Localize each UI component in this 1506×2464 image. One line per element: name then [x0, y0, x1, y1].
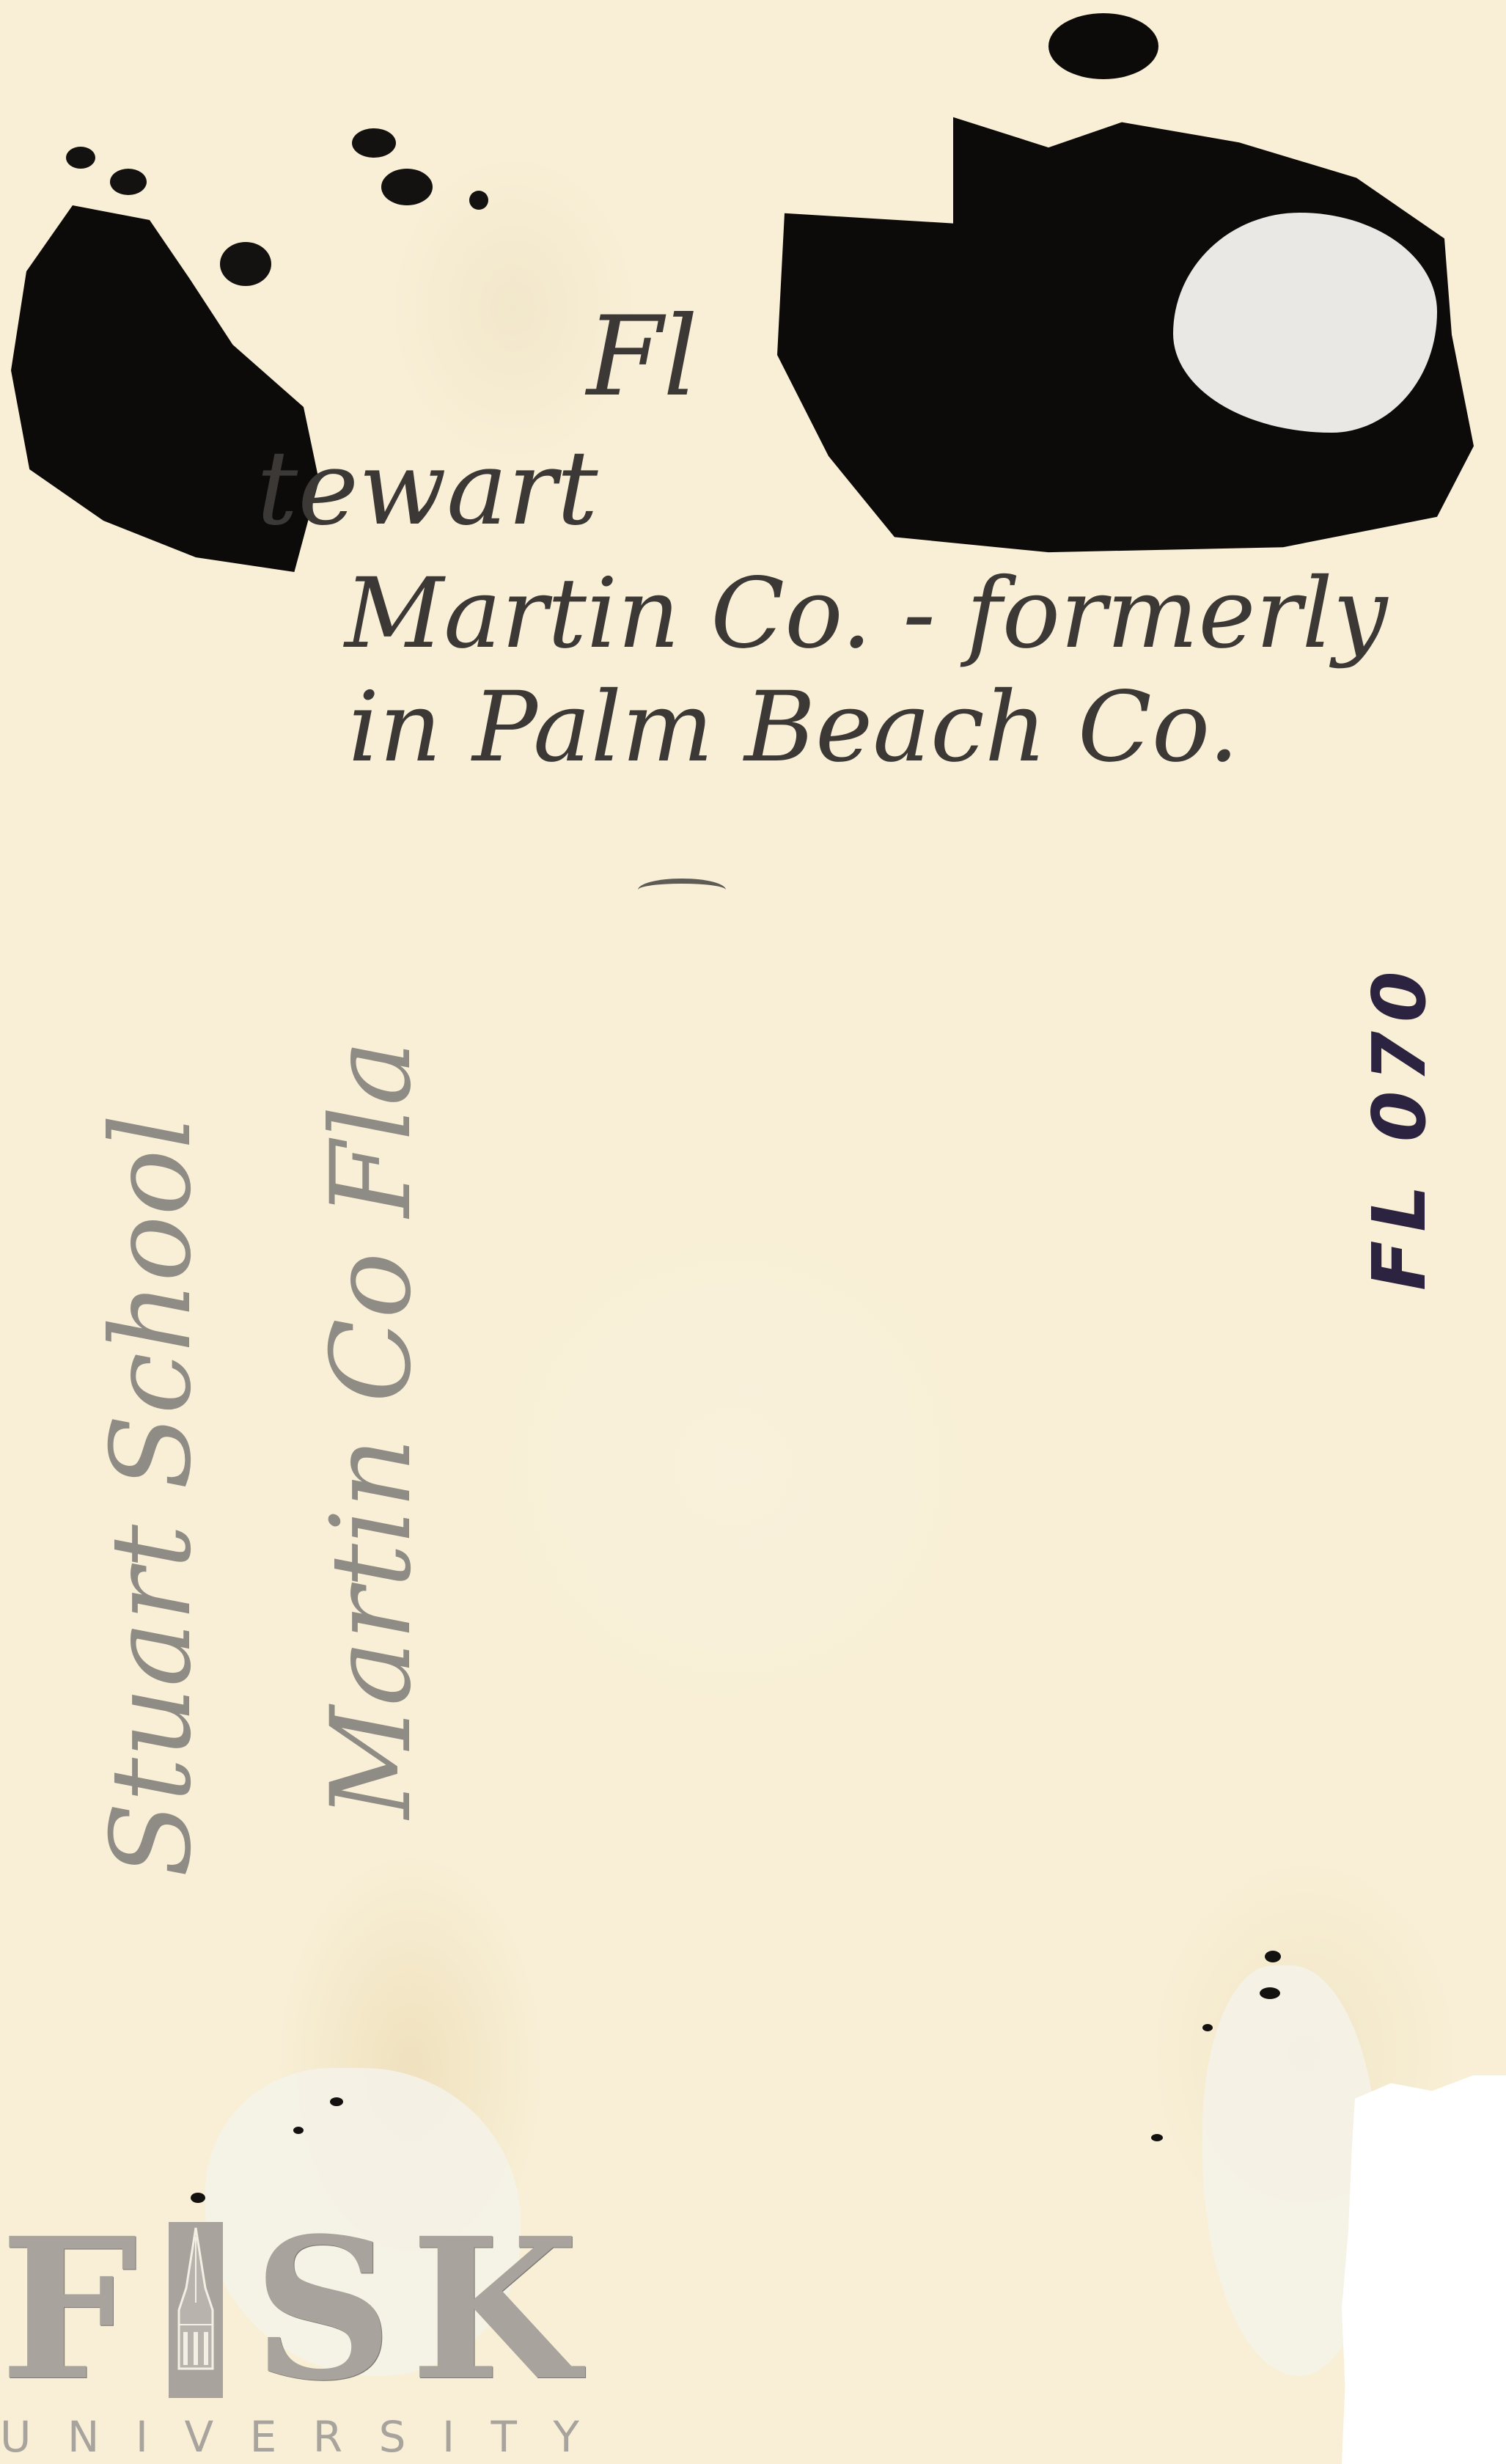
logo-letter: S: [253, 2222, 393, 2398]
logo-subtitle: U N I V E R S I T Y: [0, 2414, 579, 2460]
residue-speck: [220, 242, 271, 286]
torn-corner: [1342, 2075, 1506, 2464]
residue-speck: [110, 169, 147, 195]
residue-speck: [381, 169, 433, 205]
handwritten-dash: [638, 879, 726, 901]
pencil-county-state: Martin Co Fla: [308, 1041, 436, 1819]
residue-speck: [1265, 1951, 1281, 1962]
handwritten-place-name: tewart: [257, 429, 598, 549]
handwritten-county-note: Martin Co. - formerly: [345, 557, 1387, 670]
residue-speck: [469, 191, 488, 210]
residue-speck: [1202, 2024, 1213, 2031]
logo-sub-letter: I: [136, 2414, 148, 2460]
logo-sub-letter: I: [442, 2414, 455, 2460]
handwritten-former-county: in Palm Beach Co.: [348, 671, 1239, 784]
logo-sub-letter: R: [313, 2414, 342, 2460]
residue-speck: [330, 2097, 343, 2106]
logo-sub-letter: T: [491, 2414, 517, 2460]
residue-speck: [352, 128, 396, 158]
logo-sub-letter: E: [250, 2414, 277, 2460]
logo-sub-letter: U: [0, 2414, 31, 2460]
logo-wordmark: F S K: [0, 2222, 579, 2398]
logo-sub-letter: V: [184, 2414, 213, 2460]
logo-sub-letter: N: [67, 2414, 99, 2460]
fisk-university-logo: F S K U N I V E R S I T Y: [0, 2222, 587, 2464]
black-residue-top: [1048, 13, 1158, 79]
residue-speck: [66, 147, 95, 169]
logo-letter: K: [411, 2222, 579, 2398]
residue-speck: [1260, 1987, 1280, 1999]
logo-sub-letter: S: [379, 2414, 406, 2460]
catalog-code: FL 070: [1356, 962, 1442, 1291]
bell-tower-icon: [155, 2222, 236, 2398]
residue-speck: [191, 2193, 205, 2203]
pencil-school-name: Stuart School: [88, 1114, 216, 1877]
logo-letter: F: [0, 2222, 138, 2398]
residue-speck: [293, 2127, 304, 2134]
residue-speck: [1151, 2134, 1163, 2141]
handwritten-state-abbrev: Fl: [587, 293, 698, 421]
logo-sub-letter: Y: [553, 2414, 578, 2460]
